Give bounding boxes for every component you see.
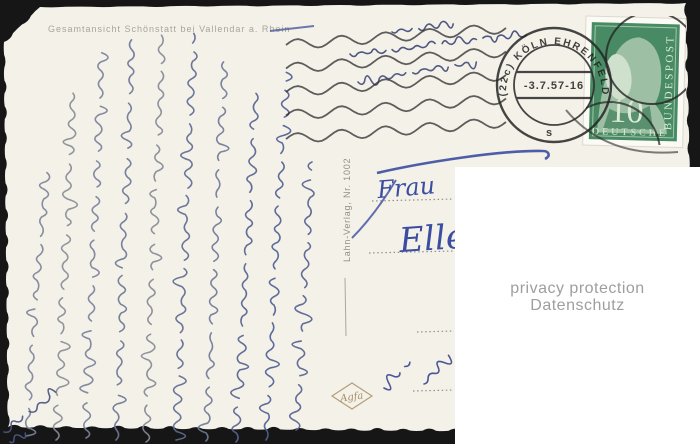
- stamp-country-side: BUNDESPOST: [662, 34, 677, 130]
- privacy-overlay-text: privacy protection Datenschutz: [455, 280, 700, 314]
- postmark-index-letter: s: [546, 127, 552, 139]
- publisher-imprint: Lahn-Verlag, Nr. 1002: [342, 158, 352, 262]
- postmark: (22c) KÖLN EHRENFELD -3.7.57-16 s: [497, 28, 611, 142]
- address-salutation: Frau: [375, 171, 436, 204]
- privacy-line-en: privacy protection: [455, 280, 700, 297]
- postmark-date: -3.7.57-16: [524, 80, 584, 92]
- privacy-line-de: Datenschutz: [455, 297, 700, 314]
- postcard-caption: Gesamtansicht Schönstatt bei Vallendar a…: [48, 24, 290, 34]
- privacy-overlay: privacy protection Datenschutz: [455, 167, 700, 444]
